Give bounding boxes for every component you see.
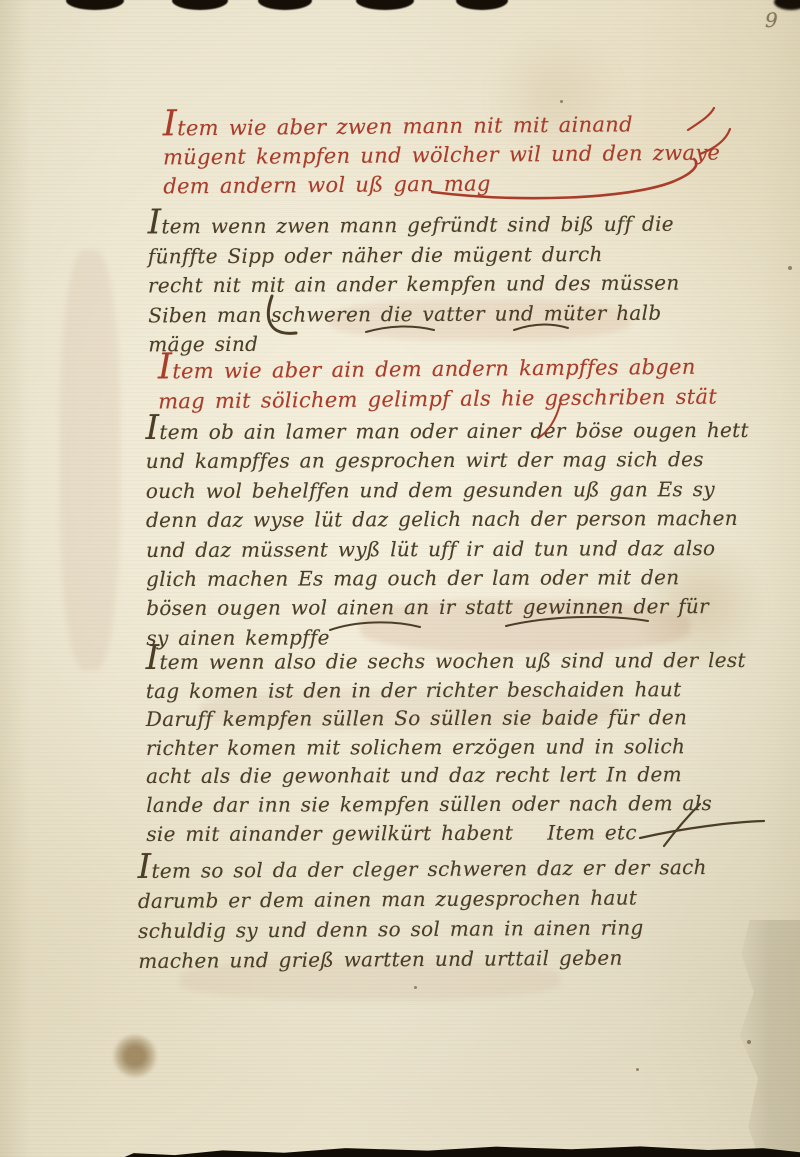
speck: [414, 986, 417, 989]
binding-bump: [258, 0, 312, 10]
speck: [747, 1040, 751, 1044]
manuscript-line: sie mit ainander gewilkürt habentItem et…: [146, 818, 746, 849]
manuscript-line: recht nit mit ain ander kempfen und des …: [148, 269, 680, 301]
manuscript-line: fünffte Sipp oder näher die mügent durch: [148, 239, 680, 271]
manuscript-line: machen und grieß wartten und urttail geb…: [138, 942, 707, 976]
binding-bump: [66, 0, 124, 10]
manuscript-line: tag komen ist den in der richter beschai…: [146, 675, 746, 706]
page-bottom-edge: [120, 1145, 800, 1157]
manuscript-line: denn daz wyse lüt daz gelich nach der pe…: [146, 504, 749, 536]
binding-bump: [456, 0, 508, 10]
bleed-through-mark: [60, 250, 120, 670]
body-paragraph-4: Item so sol da der cleger schweren daz e…: [138, 852, 708, 976]
rubric-heading-2: Item wie aber ain dem andern kampffes ab…: [158, 352, 717, 417]
rubric-heading-1: Item wie aber zwen mann nit mit ainand m…: [163, 110, 721, 202]
manuscript-line: Siben man schweren die vatter und müter …: [148, 298, 680, 330]
manuscript-line: schuldig sy und denn so sol man in ainen…: [138, 912, 707, 946]
folio-number: 9: [765, 8, 778, 32]
manuscript-line: darumb er dem ainen man zugesprochen hau…: [138, 882, 707, 916]
manuscript-line: bösen ougen wol ainen an ir statt gewinn…: [146, 592, 749, 624]
manuscript-line: glich machen Es mag ouch der lam oder mi…: [146, 563, 749, 595]
manuscript-line: Item so sol da der cleger schweren daz e…: [138, 852, 707, 886]
binding-bump: [172, 0, 228, 10]
manuscript-line: und kampffes an gesprochen wirt der mag …: [146, 445, 749, 477]
manuscript-line: Item wie aber ain dem andern kampffes ab…: [158, 352, 717, 387]
manuscript-line: Item ob ain lamer man oder ainer der bös…: [146, 416, 749, 448]
parchment-page: 9 Item wie aber zwen mann nit mit ainand…: [0, 0, 800, 1157]
manuscript-line: Item wenn also die sechs wochen uß sind …: [146, 646, 746, 677]
manuscript-line: richter komen mit solichem erzögen und i…: [146, 732, 746, 763]
body-paragraph-1: Item wenn zwen mann gefründt sind biß uf…: [148, 210, 680, 360]
ink-stain: [112, 1034, 158, 1078]
body-paragraph-3: Item wenn also die sechs wochen uß sind …: [146, 646, 747, 848]
manuscript-line: dem andern wol uß gan mag: [163, 168, 720, 202]
speck: [560, 100, 563, 103]
manuscript-line: lande dar inn sie kempfen süllen oder na…: [146, 789, 746, 820]
manuscript-line: ouch wol behelffen und dem gesunden uß g…: [146, 475, 749, 507]
speck: [636, 1068, 639, 1071]
paragraph-end-mark: Item etc: [547, 820, 637, 844]
manuscript-line: Daruff kempfen süllen So süllen sie baid…: [146, 703, 746, 734]
manuscript-line-text: sie mit ainander gewilkürt habent: [146, 820, 513, 845]
manuscript-line: und daz müssent wyß lüt uff ir aid tun u…: [146, 534, 749, 566]
water-stain-edge: [730, 920, 800, 1157]
speck: [788, 266, 792, 270]
body-paragraph-2: Item ob ain lamer man oder ainer der bös…: [146, 416, 750, 653]
manuscript-line: Item wenn zwen mann gefründt sind biß uf…: [148, 210, 680, 242]
binding-bump: [356, 0, 414, 10]
manuscript-scan: 9 Item wie aber zwen mann nit mit ainand…: [0, 0, 800, 1157]
manuscript-line: mag mit sölichem gelimpf als hie geschri…: [158, 382, 717, 417]
manuscript-line: acht als die gewonhait und daz recht ler…: [146, 760, 746, 791]
